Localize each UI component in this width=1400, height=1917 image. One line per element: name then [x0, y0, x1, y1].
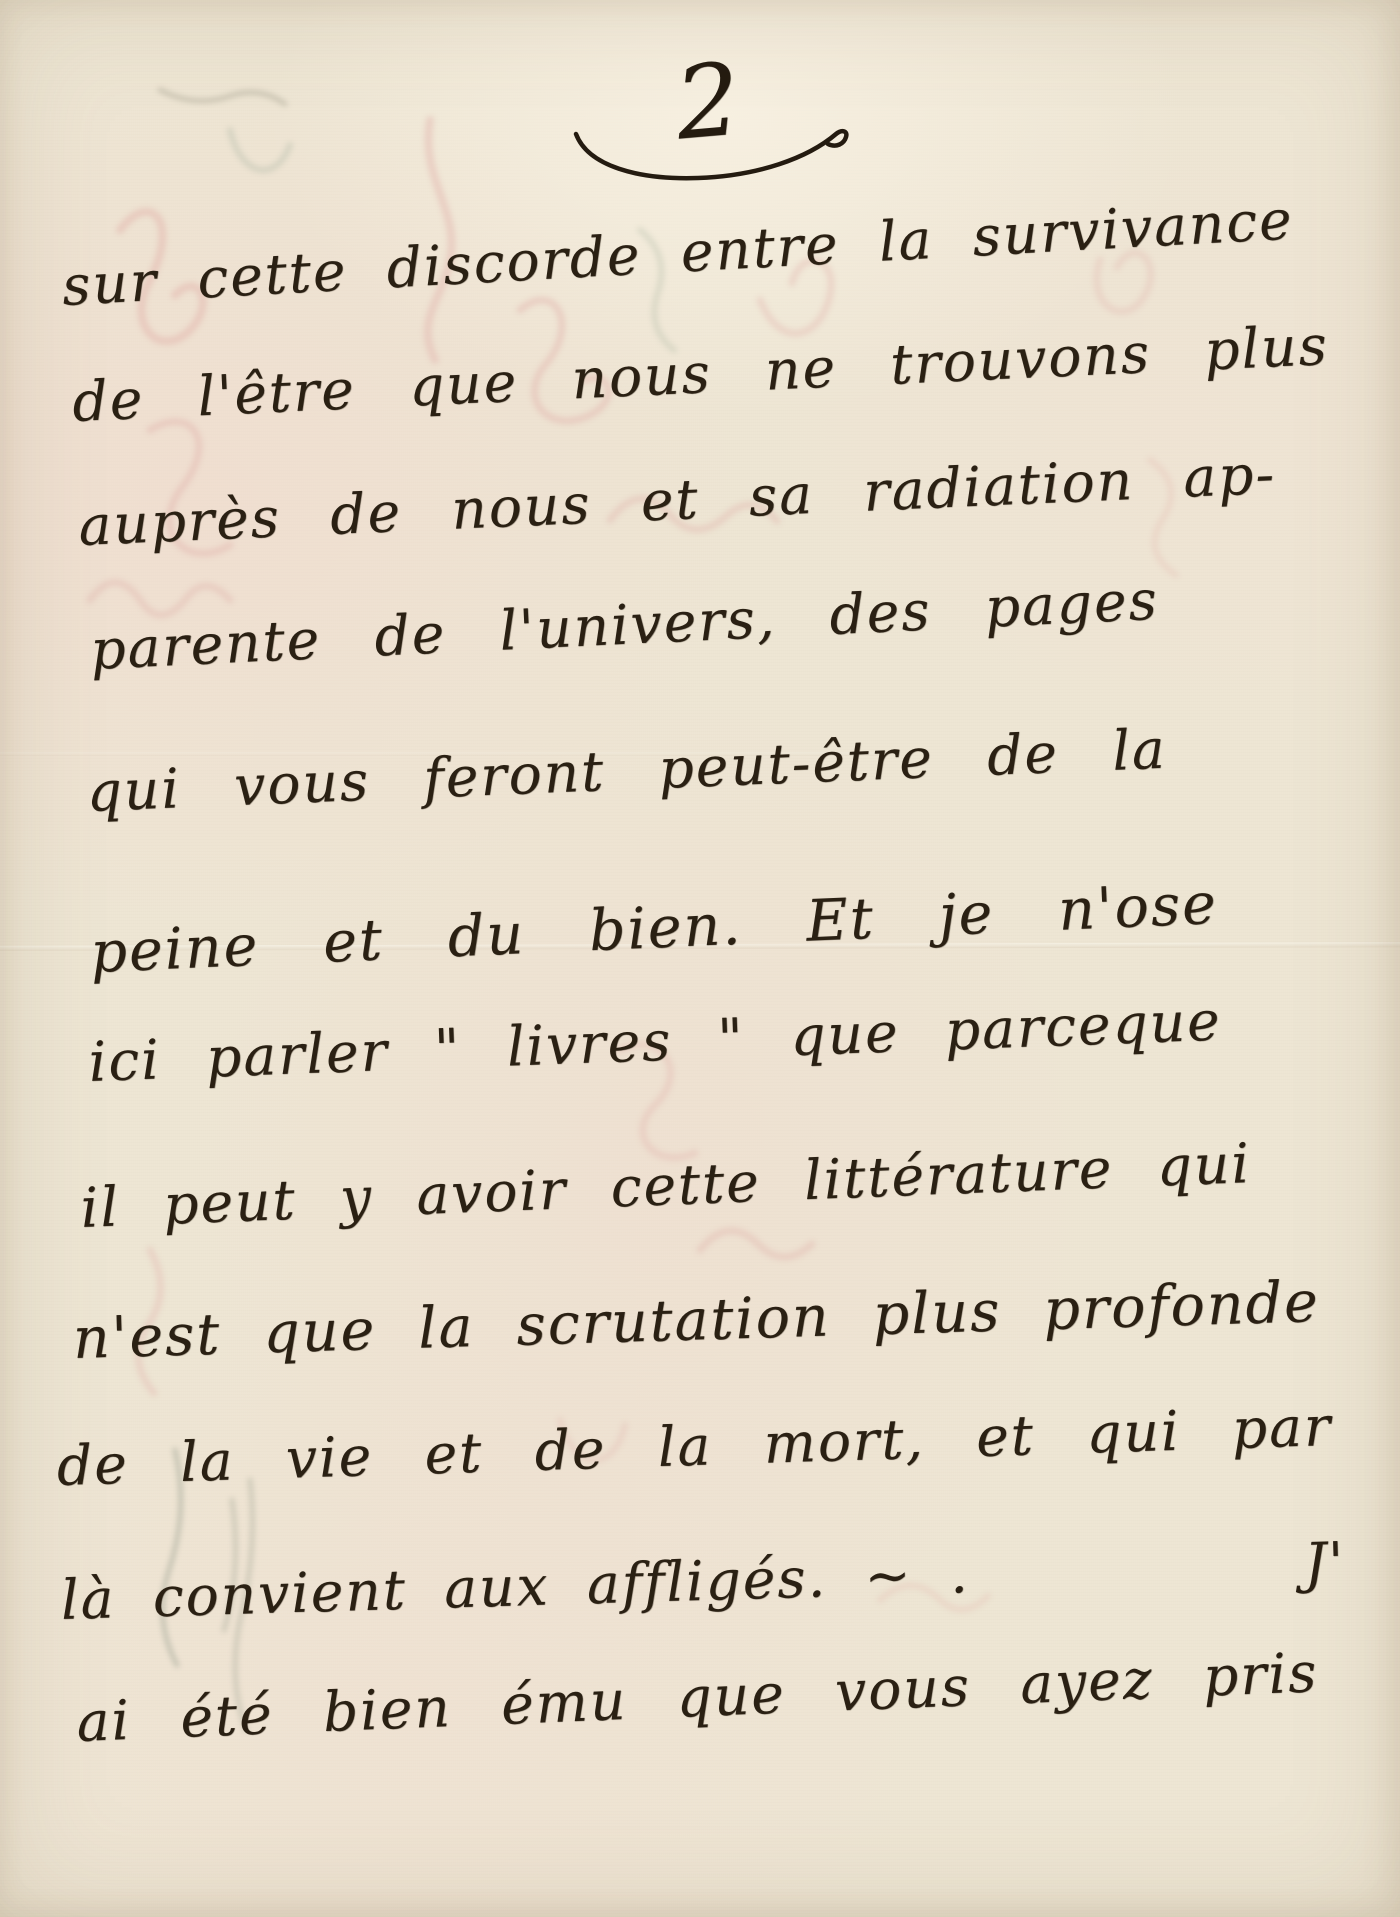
- handwriting-line-12: ai été bien ému que vous ayez pris: [75, 1638, 1319, 1757]
- flourish-stroke: [576, 131, 846, 178]
- manuscript-page: 2 sur cette discorde entre la survivance…: [0, 0, 1400, 1917]
- handwriting-line-1: sur cette discorde entre la survivance: [60, 185, 1295, 320]
- ghost-stroke: [160, 90, 285, 104]
- handwriting-line-11-text: là convient aux affligés. ~ .: [60, 1539, 970, 1635]
- handwriting-line-10: de la vie et de la mort, et qui par: [56, 1392, 1333, 1501]
- handwriting-line-7: ici parler " livres " que parceque: [87, 987, 1222, 1097]
- handwriting-line-5: qui vous feront peut-être de la: [85, 715, 1168, 827]
- handwriting-line-8: il peut y avoir cette littérature qui: [79, 1129, 1252, 1243]
- handwriting-line-9: n'est que la scrutation plus profonde: [72, 1267, 1321, 1375]
- ghost-stroke: [700, 1231, 812, 1257]
- handwriting-line-11-tail: J': [1303, 1528, 1346, 1598]
- handwriting-line-3: auprès de nous et sa radiation ap-: [77, 440, 1277, 561]
- page-number-flourish-underline: [568, 124, 860, 188]
- handwriting-line-2: de l'être que nous ne trouvons plus: [71, 311, 1330, 437]
- handwriting-line-4: parente de l'univers, des pages: [89, 566, 1160, 685]
- ghost-stroke: [230, 130, 290, 170]
- handwriting-line-11: là convient aux affligés. ~ . J': [60, 1528, 1346, 1635]
- handwriting-line-6: peine et du bien. Et je n'ose: [89, 869, 1219, 989]
